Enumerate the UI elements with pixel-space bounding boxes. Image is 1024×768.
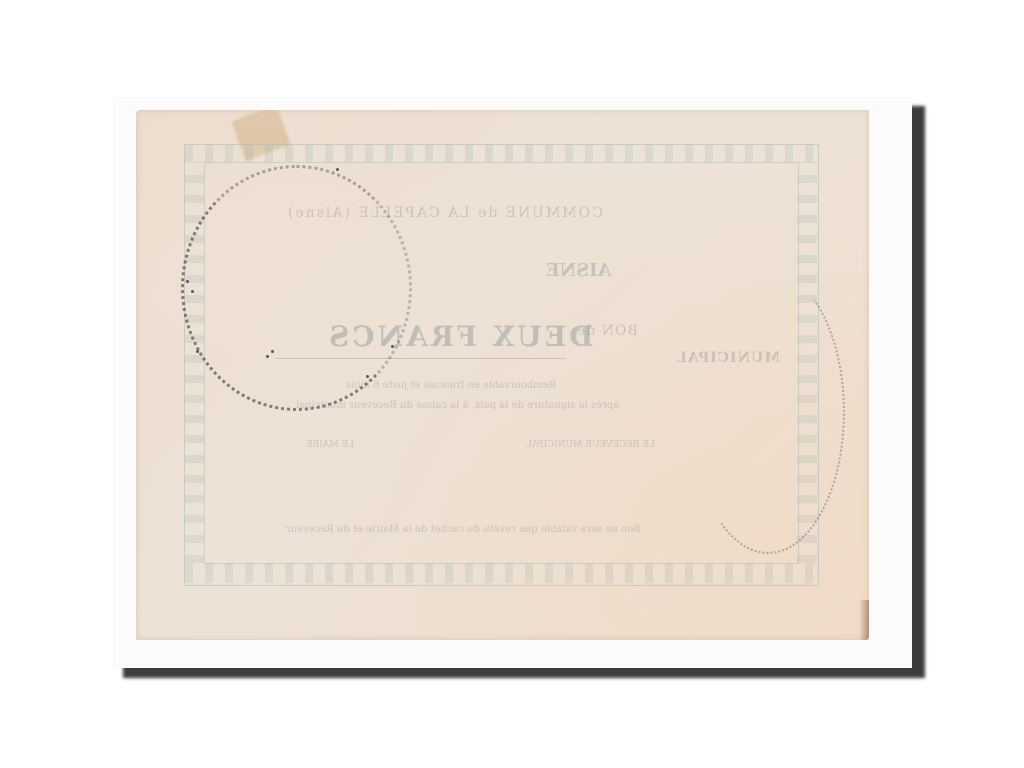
signature-label-left: LE MAIRE xyxy=(306,440,354,450)
ink-speck xyxy=(186,280,189,283)
department-text: AISNE xyxy=(546,260,612,281)
ink-stamp-circle xyxy=(181,165,412,411)
ink-stamp-partial xyxy=(691,270,845,554)
footer-text: Bon ne sera valable que revêtu du cachet… xyxy=(286,524,641,535)
edge-wear xyxy=(859,600,869,640)
ink-speck xyxy=(191,290,194,293)
ink-speck xyxy=(266,355,269,358)
ink-speck xyxy=(391,345,394,348)
ink-speck xyxy=(366,375,369,378)
ink-speck xyxy=(271,350,274,353)
signature-label-right: LE RECEVEUR MUNICIPAL xyxy=(526,440,655,450)
bon-text: BON de xyxy=(576,323,638,339)
banknote: COMMUNE de LA CAPELLE (Aisne) AISNE DEUX… xyxy=(136,110,869,640)
terms-line-1: Remboursable en francais et juste 6 mois xyxy=(346,380,556,391)
ink-speck xyxy=(196,350,199,353)
terms-line-2: après la signature de la paix, à la cais… xyxy=(296,400,619,411)
ink-speck xyxy=(336,168,339,171)
